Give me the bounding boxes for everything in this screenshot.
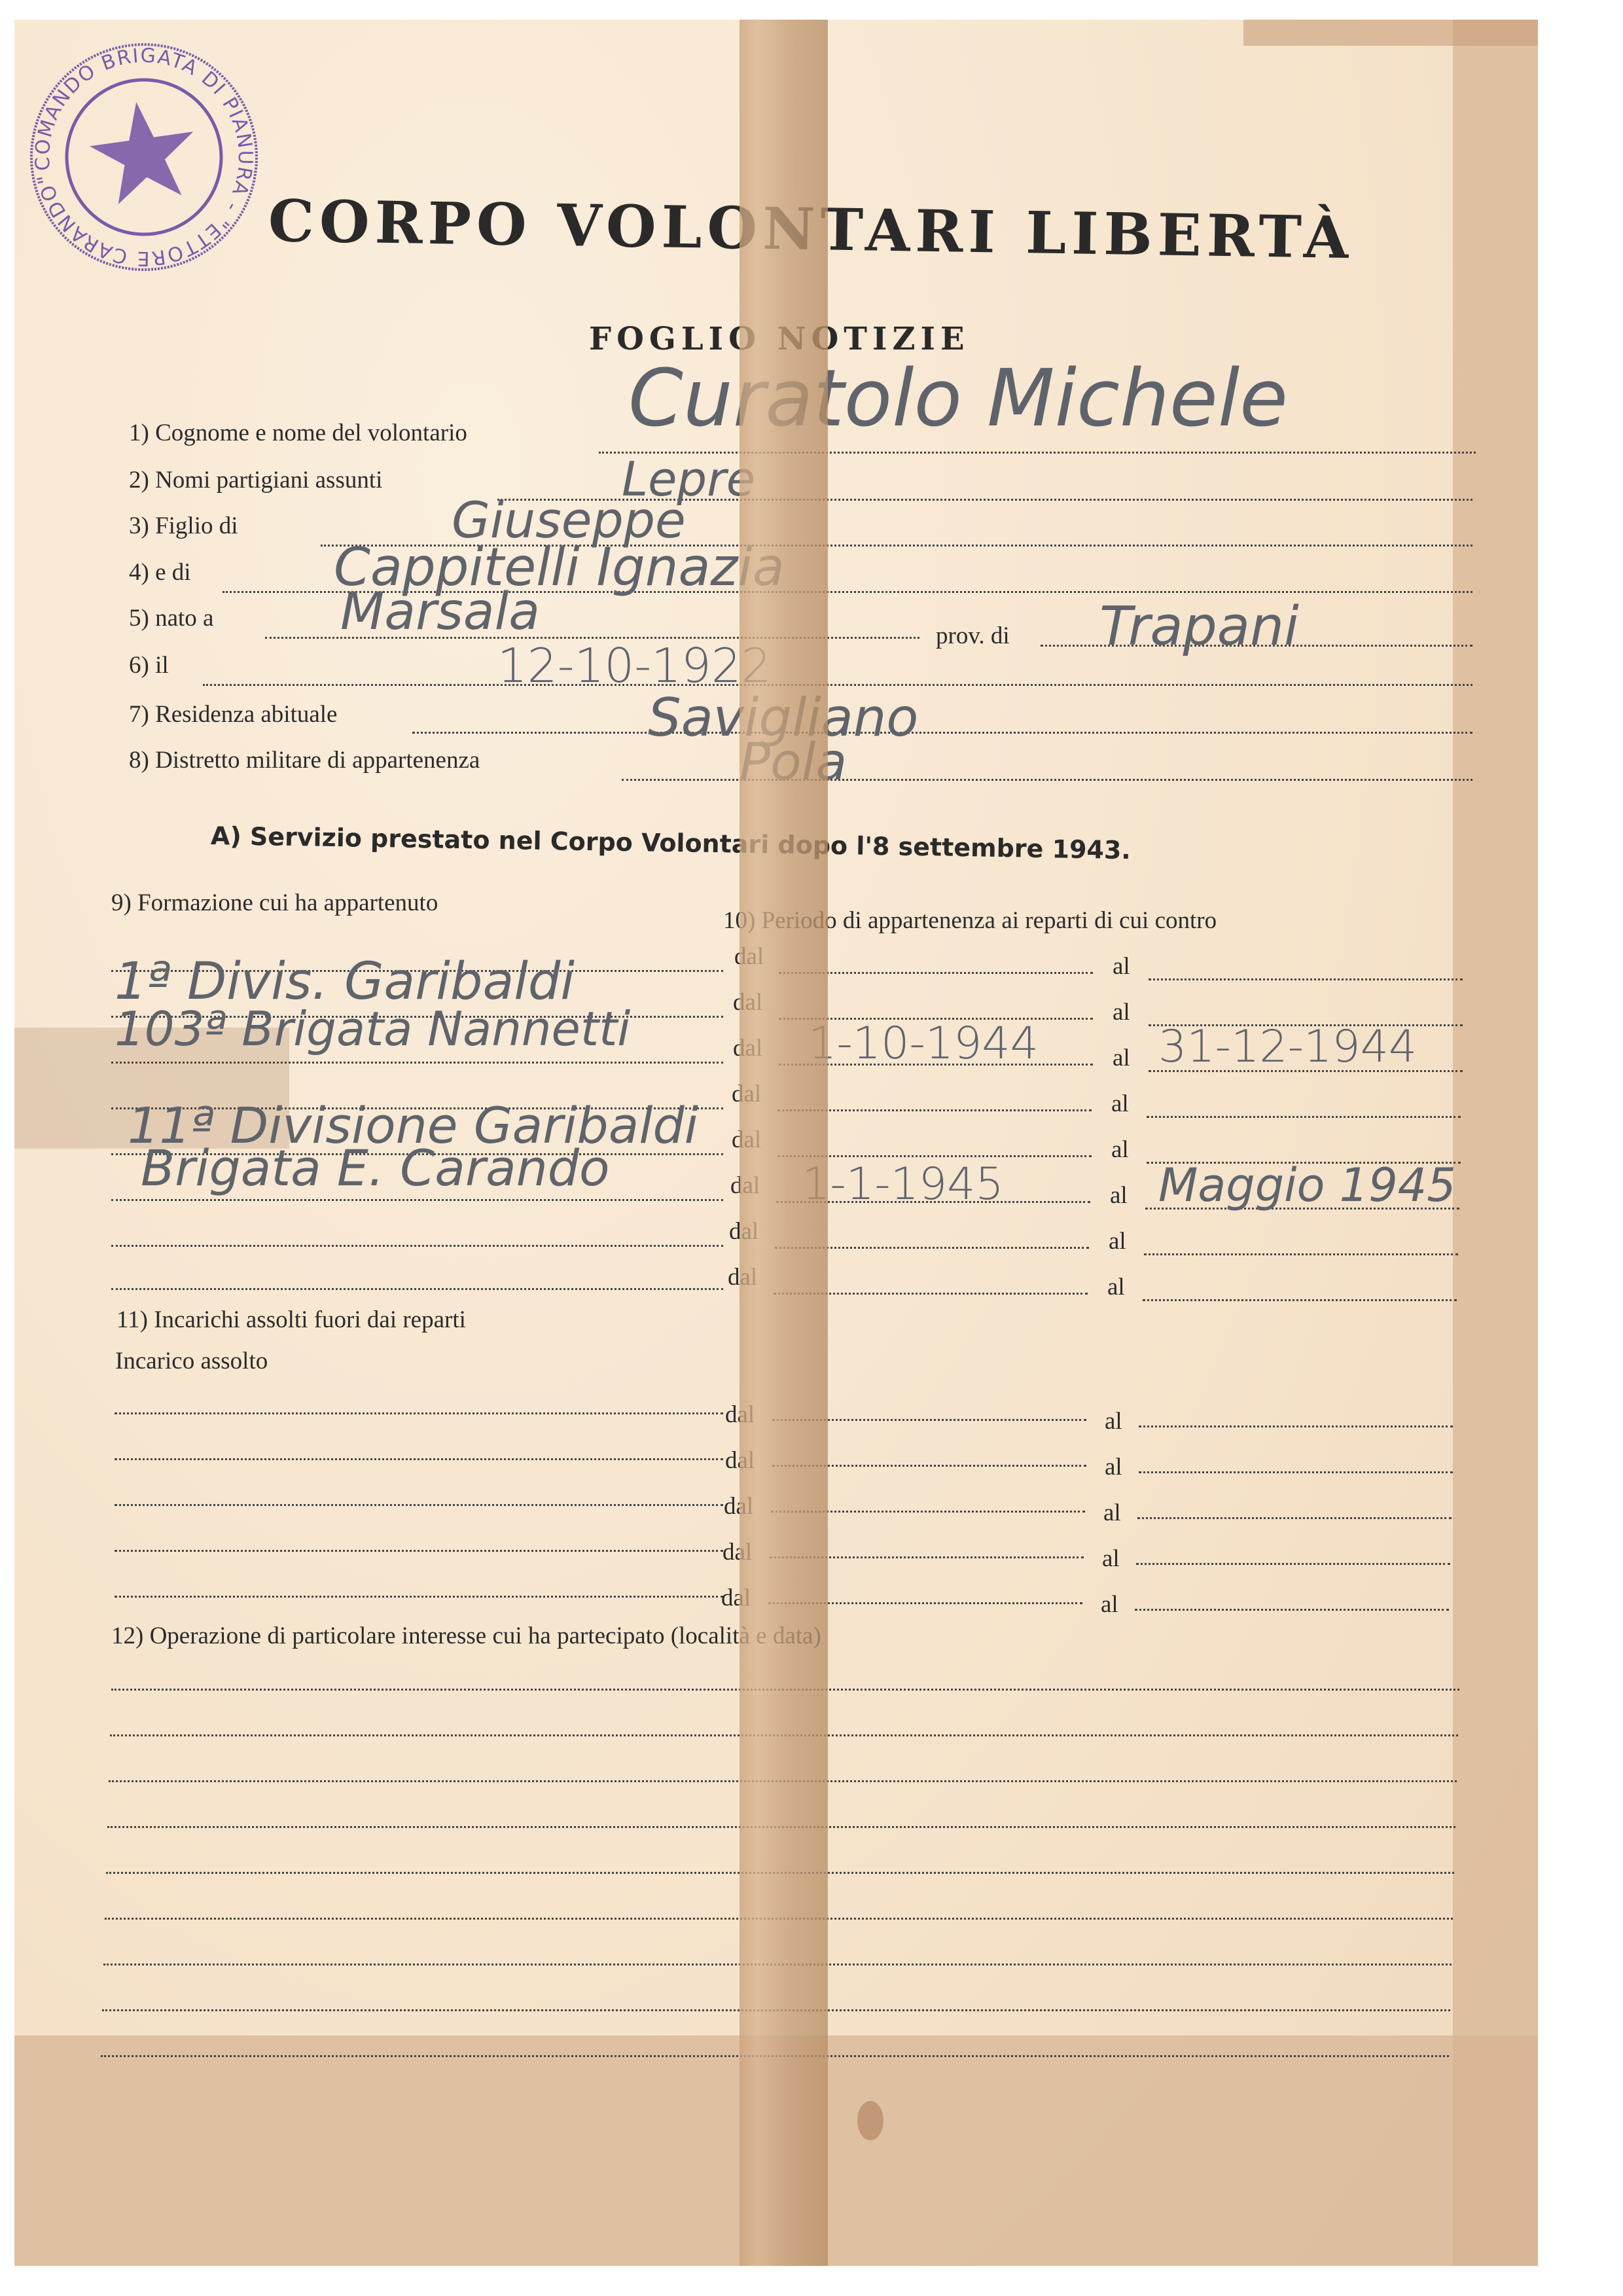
formation-value[interactable]: 103ª Brigata Nannetti bbox=[115, 1001, 630, 1056]
al-label: al bbox=[1101, 1590, 1118, 1619]
section-11-heading: 11) Incarichi assolti fuori dai reparti bbox=[116, 1306, 466, 1334]
star-icon bbox=[84, 95, 202, 207]
brigade-stamp: COMANDO BRIGATA DI PIANURA - "ETTORE CAR… bbox=[26, 39, 262, 275]
al-label: al bbox=[1103, 1499, 1121, 1527]
field-value-province[interactable]: Trapani bbox=[1099, 596, 1299, 658]
field-label-province: prov. di bbox=[936, 622, 1010, 650]
field-value-name[interactable]: Curatolo Michele bbox=[628, 353, 1288, 444]
al-line bbox=[1143, 1299, 1457, 1301]
al-line bbox=[1135, 1609, 1449, 1611]
dal-value[interactable]: 1-10-1944 bbox=[808, 1018, 1039, 1069]
vertical-tape-strip bbox=[740, 20, 828, 2266]
al-label: al bbox=[1109, 1227, 1126, 1255]
field-label-military-district: 8) Distretto militare di appartenenza bbox=[129, 746, 480, 774]
field-label-residence: 7) Residenza abituale bbox=[129, 700, 337, 728]
al-line bbox=[1144, 1253, 1458, 1255]
formation-value[interactable]: Brigata E. Carando bbox=[141, 1139, 610, 1197]
al-label: al bbox=[1113, 1044, 1130, 1072]
incarico-line bbox=[115, 1550, 723, 1552]
field-value-birthdate[interactable]: 12-10-1922 bbox=[497, 638, 771, 693]
field-label-father: 3) Figlio di bbox=[129, 512, 238, 540]
incarico-line bbox=[115, 1412, 723, 1414]
al-label: al bbox=[1107, 1273, 1125, 1301]
al-line bbox=[1139, 1471, 1453, 1473]
al-line bbox=[1137, 1517, 1452, 1519]
al-line bbox=[1136, 1563, 1450, 1565]
al-label: al bbox=[1111, 1136, 1129, 1164]
al-label: al bbox=[1105, 1453, 1122, 1481]
al-label: al bbox=[1102, 1545, 1120, 1573]
field-label-partisan-name: 2) Nomi partigiani assunti bbox=[129, 466, 382, 494]
discoloration-right-edge bbox=[1453, 20, 1538, 2266]
al-value[interactable]: Maggio 1945 bbox=[1158, 1158, 1456, 1212]
section-12-heading: 12) Operazione di particolare interesse … bbox=[111, 1622, 821, 1650]
al-label: al bbox=[1111, 1090, 1129, 1118]
al-line bbox=[1139, 1426, 1453, 1427]
field-label-birthplace: 5) nato a bbox=[129, 604, 213, 632]
field-label-birthdate: 6) il bbox=[129, 651, 169, 679]
incarico-line bbox=[115, 1596, 723, 1598]
incarico-line bbox=[115, 1504, 723, 1506]
formation-line bbox=[111, 1199, 723, 1201]
al-line bbox=[1149, 978, 1463, 980]
section-11-subheading: Incarico assolto bbox=[115, 1347, 268, 1375]
formation-column-label: 9) Formazione cui ha appartenuto bbox=[111, 889, 438, 917]
formation-line bbox=[111, 1245, 723, 1247]
al-label: al bbox=[1105, 1407, 1122, 1435]
al-label: al bbox=[1113, 952, 1130, 980]
field-label-mother: 4) e di bbox=[129, 558, 191, 586]
discoloration-top-corner bbox=[1243, 20, 1538, 46]
al-label: al bbox=[1113, 998, 1130, 1026]
formation-line bbox=[111, 1062, 723, 1064]
field-line-residence bbox=[412, 732, 1472, 734]
ink-stain bbox=[857, 2101, 883, 2140]
field-value-birthplace[interactable]: Marsala bbox=[340, 583, 540, 641]
dal-value[interactable]: 1-1-1945 bbox=[802, 1158, 1004, 1210]
field-label-name: 1) Cognome e nome del volontario bbox=[129, 419, 467, 447]
al-label: al bbox=[1110, 1181, 1128, 1210]
al-line bbox=[1147, 1116, 1461, 1118]
field-line-birthdate bbox=[203, 684, 1472, 686]
formation-line bbox=[111, 1288, 723, 1290]
incarico-line bbox=[115, 1458, 723, 1460]
al-value[interactable]: 31-12-1944 bbox=[1158, 1021, 1417, 1073]
